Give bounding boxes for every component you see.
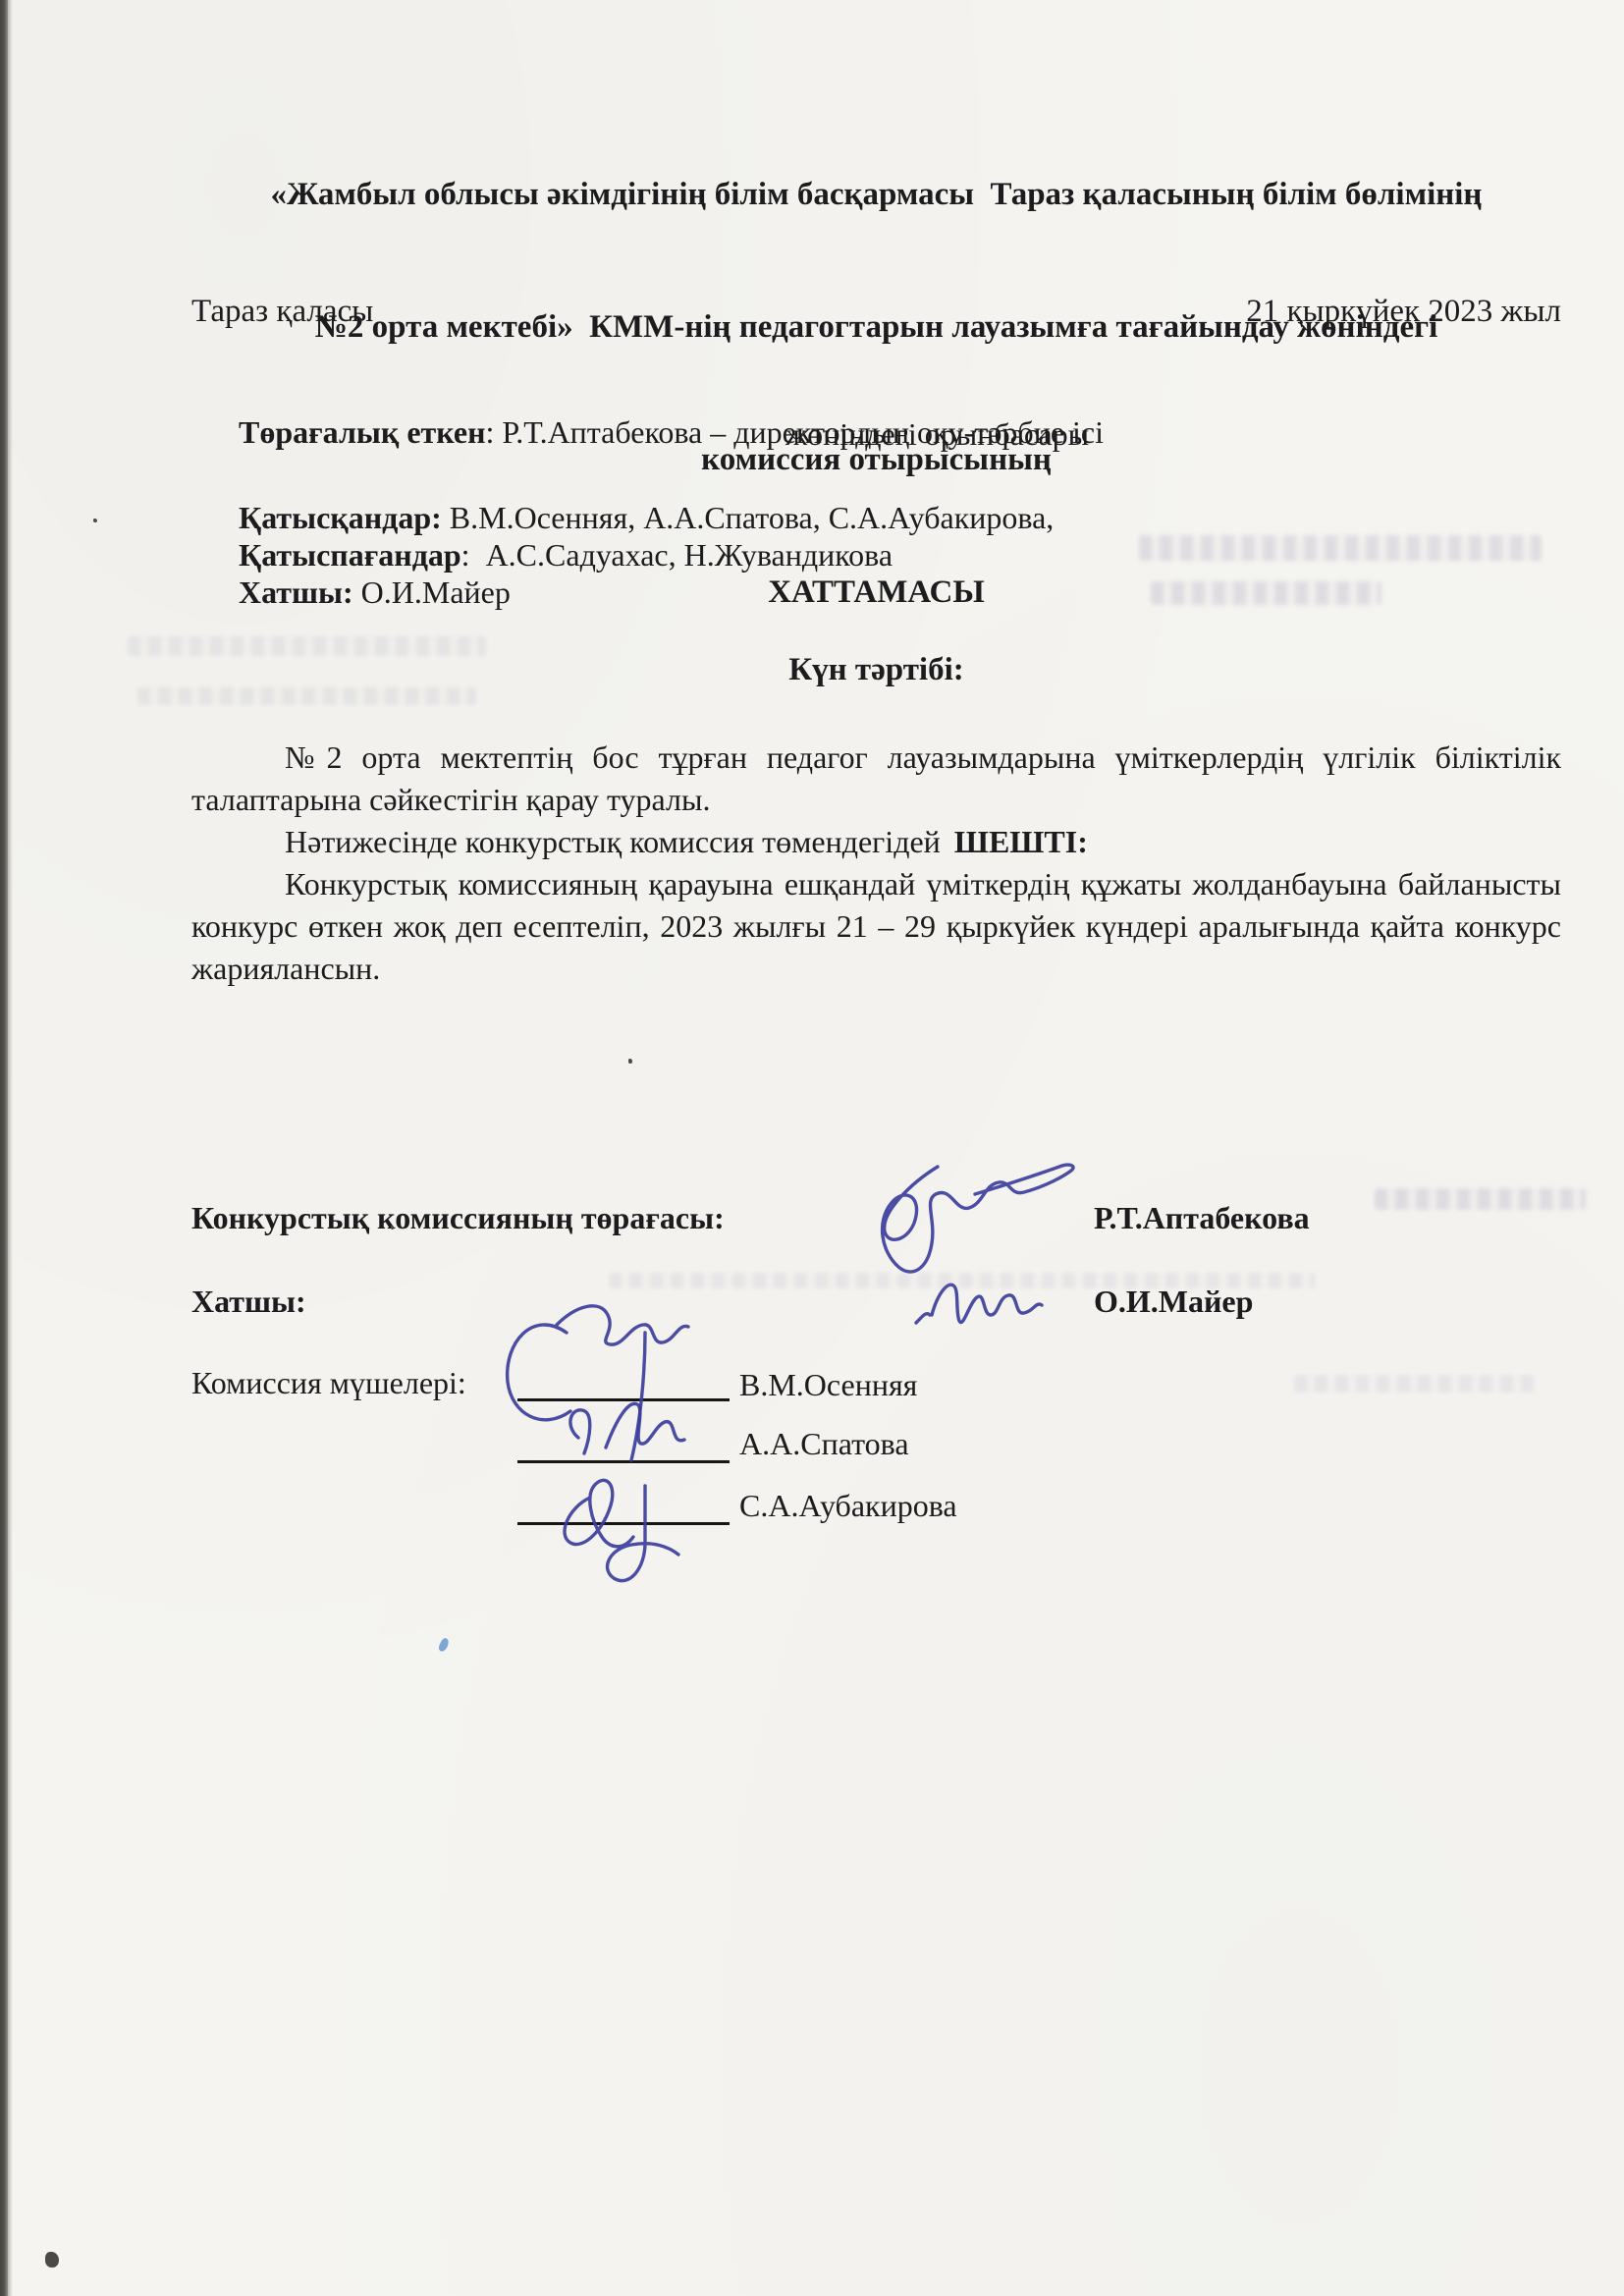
title-line-1: «Жамбыл облысы әкімдігінің білім басқарм… bbox=[191, 173, 1561, 217]
sig-members-label: Комиссия мүшелері: bbox=[191, 1365, 466, 1401]
sig-secretary-label: Хатшы: bbox=[191, 1284, 306, 1320]
decision-text-paragraph: Конкурстық комиссияның қарауына ешқандай… bbox=[191, 863, 1561, 990]
date-label: 21 қыркүйек 2023 жыл bbox=[1246, 293, 1561, 330]
decision-word: ШЕШТІ: bbox=[954, 824, 1088, 859]
dust-speck bbox=[45, 2252, 59, 2268]
bleedthrough-artifact bbox=[609, 1273, 1316, 1288]
dust-speck bbox=[628, 1059, 632, 1064]
scan-edge-shadow bbox=[8, 0, 13, 2296]
secretary-line: Хатшы: О.И.Майер bbox=[191, 536, 511, 648]
bleedthrough-artifact bbox=[1375, 1188, 1586, 1210]
agenda-item-paragraph: №2 орта мектептің бос тұрған педагог лау… bbox=[191, 737, 1561, 821]
secretary-label: Хатшы: bbox=[239, 574, 353, 610]
bleedthrough-artifact bbox=[137, 687, 476, 705]
member-name-3: С.А.Аубакирова bbox=[739, 1488, 957, 1524]
decision-intro-paragraph: Нәтижесінде конкурстық комиссия төмендег… bbox=[191, 821, 1561, 863]
signature-aptabekova bbox=[830, 1137, 1085, 1285]
dust-speck bbox=[391, 1226, 394, 1230]
sig-chair-label: Конкурстық комиссияның төрағасы: bbox=[191, 1200, 725, 1236]
member-name-2: А.А.Спатова bbox=[739, 1426, 909, 1462]
signature-aubakirova bbox=[545, 1458, 722, 1596]
bleedthrough-artifact bbox=[1139, 535, 1542, 561]
member-name-1: В.М.Осенняя bbox=[739, 1367, 917, 1403]
bleedthrough-artifact bbox=[1151, 581, 1381, 605]
chairperson-label: Төрағалық еткен bbox=[239, 414, 486, 450]
decision-intro: Нәтижесінде конкурстық комиссия төмендег… bbox=[285, 824, 941, 859]
body-text: №2 орта мектептің бос тұрған педагог лау… bbox=[191, 737, 1561, 990]
place-label: Тараз қаласы bbox=[191, 293, 373, 330]
scan-edge-strip bbox=[0, 0, 8, 2296]
bleedthrough-artifact bbox=[1294, 1375, 1535, 1393]
bleedthrough-artifact bbox=[128, 636, 486, 656]
chairperson-line-cont: жөніндегі орынбасары bbox=[785, 415, 1089, 453]
agenda-heading: Күн тәртібі: bbox=[191, 652, 1561, 688]
scanned-protocol-page: «Жамбыл облысы әкімдігінің білім басқарм… bbox=[0, 0, 1624, 2296]
sig-chair-name: Р.Т.Аптабекова bbox=[1094, 1200, 1310, 1236]
absent-value: : А.С.Садуахас, Н.Жувандикова bbox=[461, 537, 893, 573]
secretary-value: О.И.Майер bbox=[353, 574, 511, 610]
sig-secretary-name: О.И.Майер bbox=[1094, 1284, 1253, 1320]
dust-speck bbox=[93, 519, 97, 522]
place-date-row: Тараз қаласы 21 қыркүйек 2023 жыл bbox=[191, 293, 1561, 330]
